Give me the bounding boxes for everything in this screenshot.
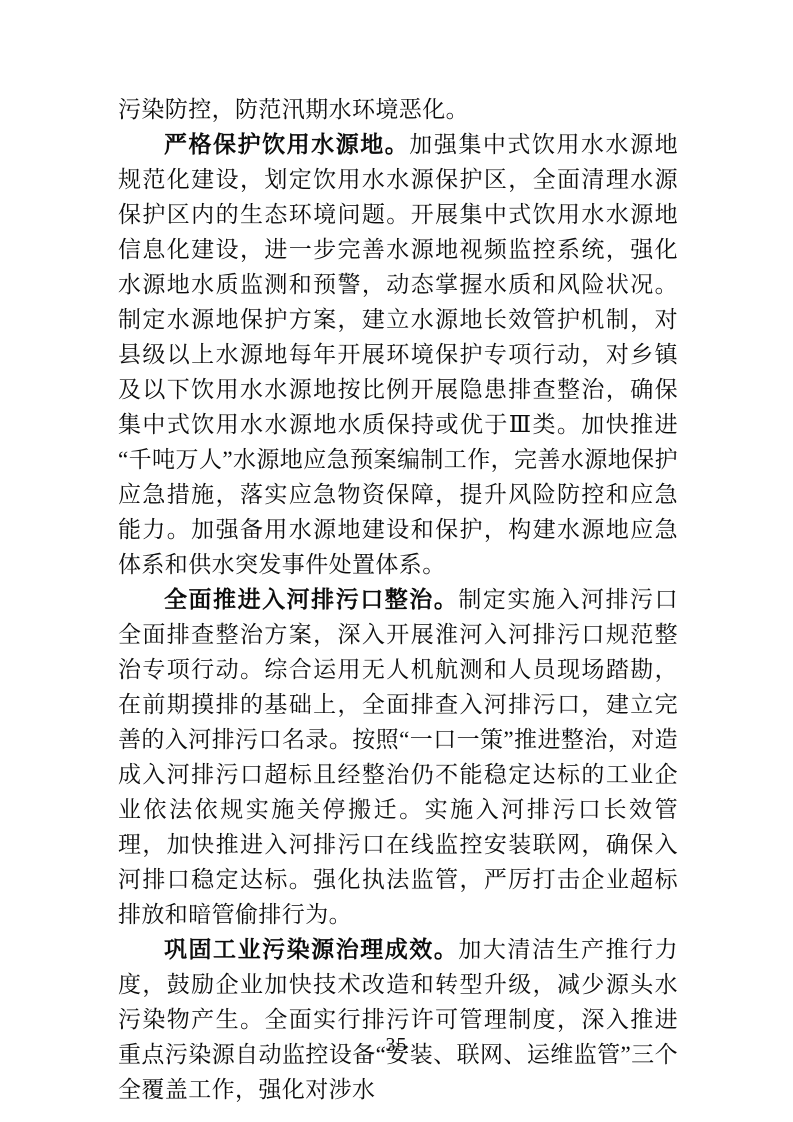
paragraph-body: 加强集中式饮用水水源地规范化建设，划定饮用水水源保护区，全面清理水源保护区内的生… [118, 132, 678, 577]
paragraph-sewage-outlets: 全面推进入河排污口整治。制定实施入河排污口全面排查整治方案，深入开展淮河入河排污… [118, 582, 678, 932]
paragraph-lead: 全面推进入河排污口整治。 [164, 587, 458, 612]
paragraph-industrial-pollution: 巩固工业污染源治理成效。加大清洁生产推行力度，鼓励企业加快技术改造和转型升级，减… [118, 932, 678, 1107]
paragraph-body: 污染防控，防范汛期水环境恶化。 [118, 97, 469, 122]
document-page: 污染防控，防范汛期水环境恶化。 严格保护饮用水源地。加强集中式饮用水水源地规范化… [0, 0, 793, 1122]
paragraph-drinking-water-sources: 严格保护饮用水源地。加强集中式饮用水水源地规范化建设，划定饮用水水源保护区，全面… [118, 127, 678, 582]
paragraph-lead: 严格保护饮用水源地。 [164, 132, 409, 157]
paragraph-continuation: 污染防控，防范汛期水环境恶化。 [118, 92, 678, 127]
page-number: 35 [0, 1034, 793, 1057]
paragraph-lead: 巩固工业污染源治理成效。 [164, 937, 458, 962]
paragraph-body: 制定实施入河排污口全面排查整治方案，深入开展淮河入河排污口规范整治专项行动。综合… [118, 587, 678, 927]
document-text-block: 污染防控，防范汛期水环境恶化。 严格保护饮用水源地。加强集中式饮用水水源地规范化… [118, 92, 678, 1107]
